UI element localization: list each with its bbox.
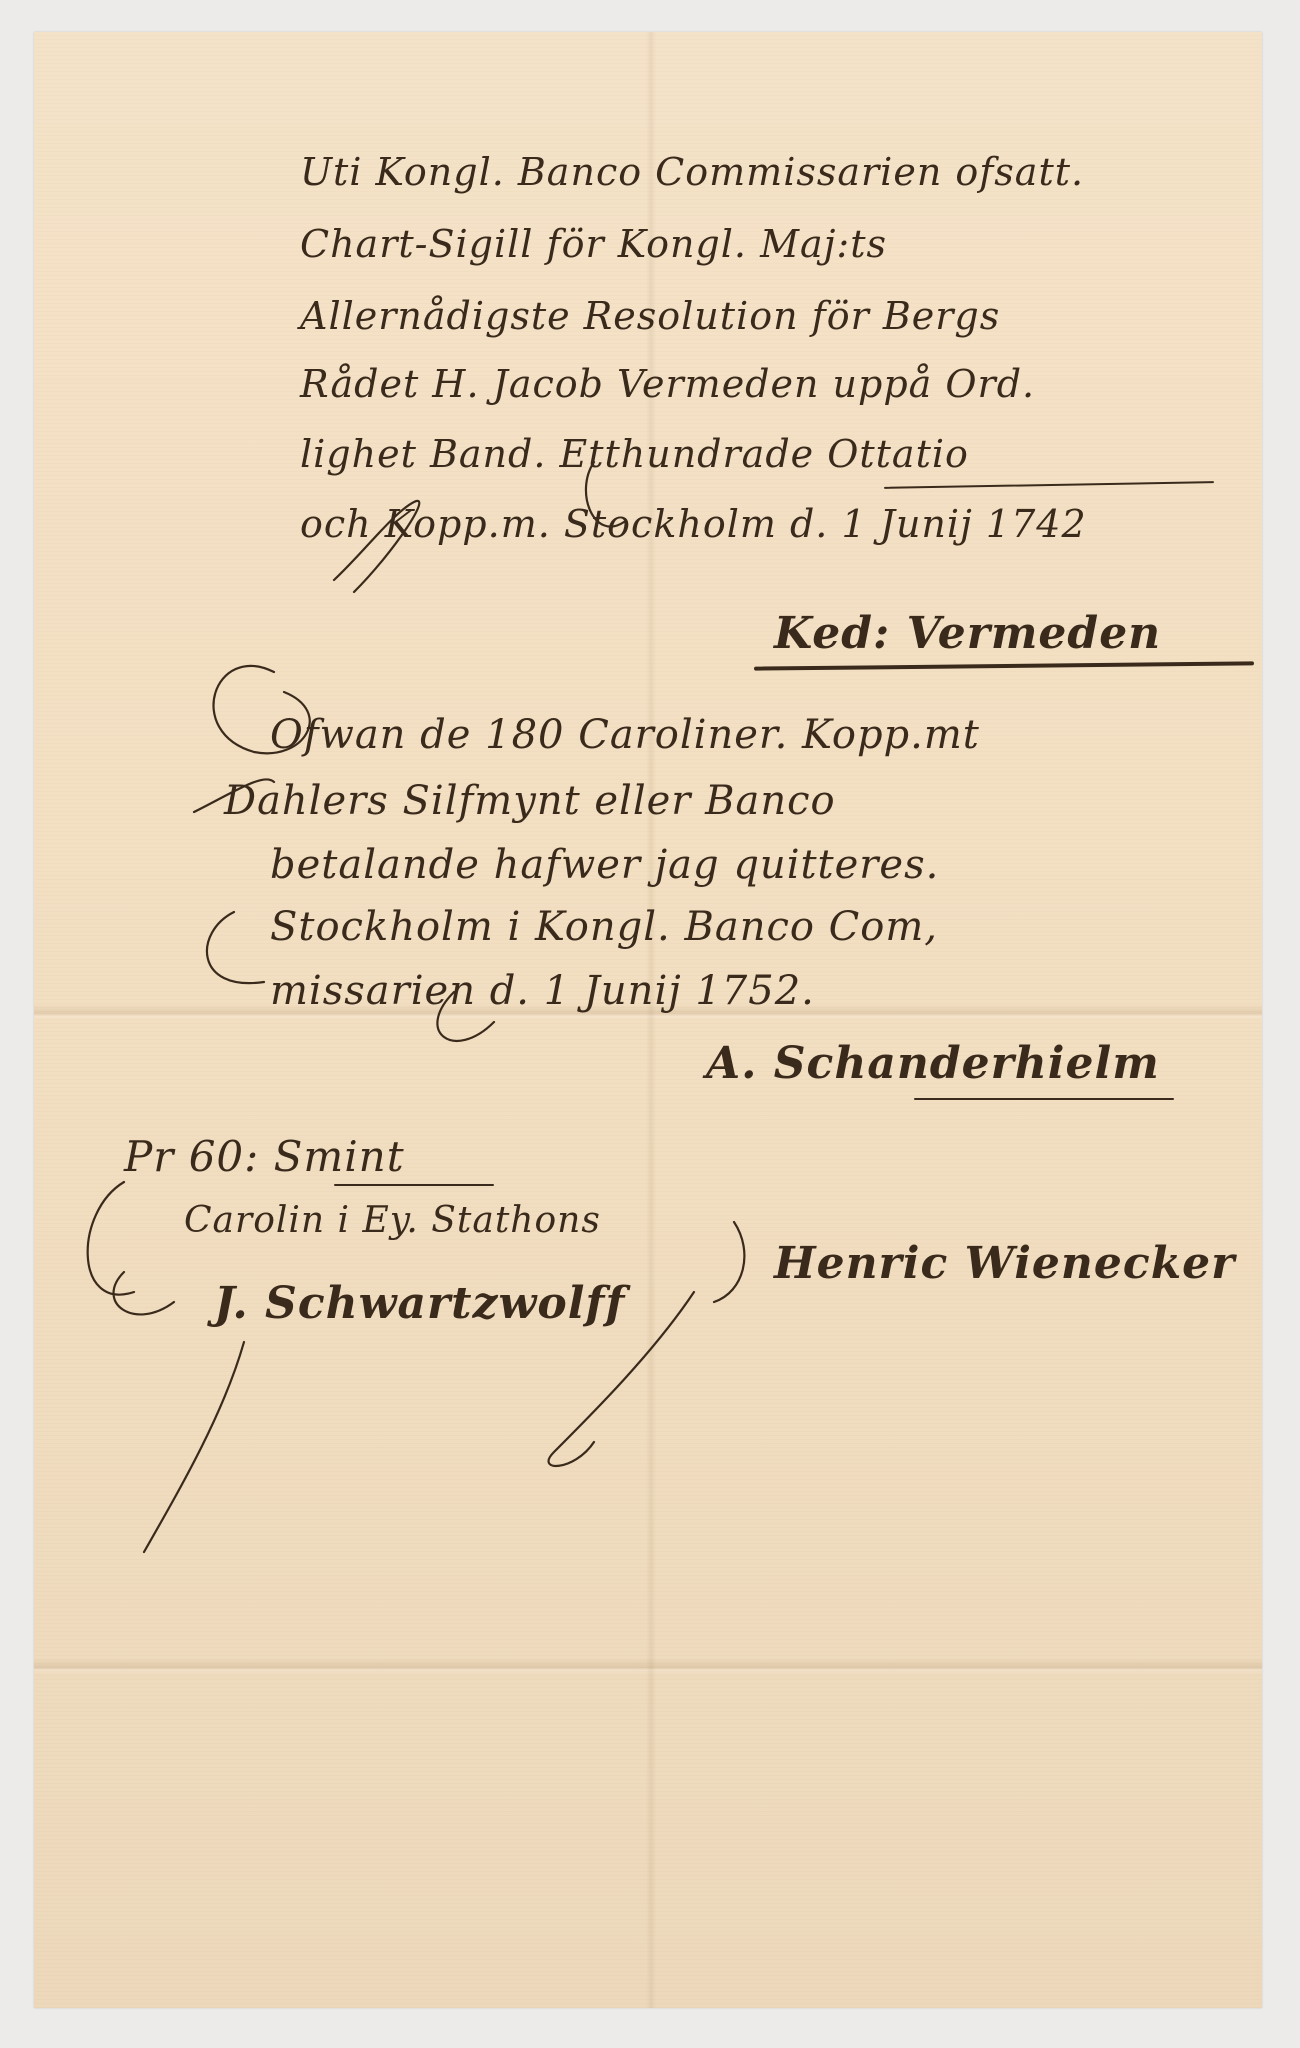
manuscript-page: Uti Kongl. Banco Commissarien ofsatt. Ch… (34, 32, 1262, 2008)
flourish-strokes (34, 32, 1262, 2008)
